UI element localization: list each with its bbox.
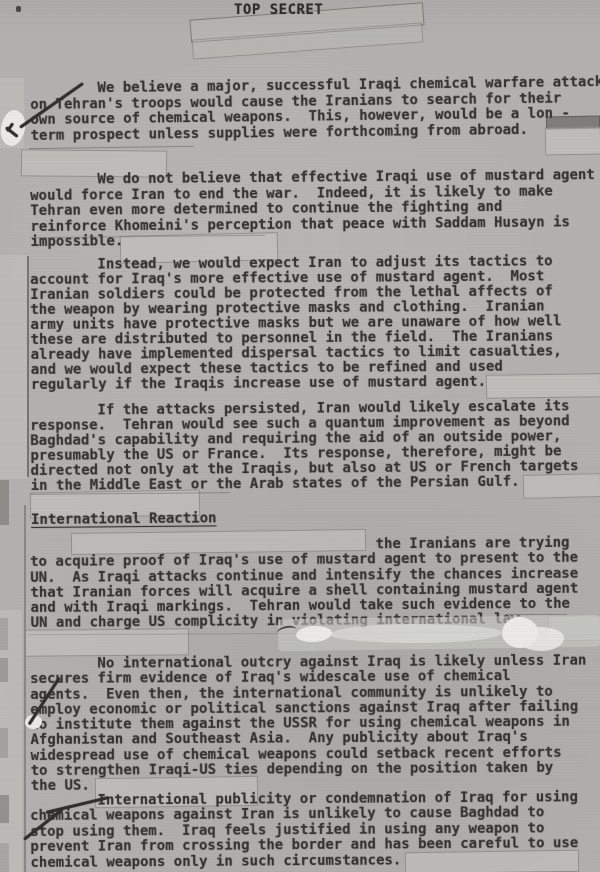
paragraph-international-outcry: No international outcry against Iraq is … [30,654,587,795]
page-fold-line [27,256,29,477]
scan-edge-block [0,658,8,682]
paragraph-escalation: If the attacks persisted, Iran would lik… [30,399,579,494]
scan-edge-block [0,728,8,758]
scan-edge-strip [0,255,27,479]
scan-streak [29,146,194,149]
paragraph-cw-attack-assessment: We believe a major, successful Iraqi che… [30,75,600,144]
page-fold-line [24,505,26,872]
classification-marking: TOP SECRET [234,3,323,17]
ink-speck [16,6,21,12]
paragraph-iran-tactics: Instead, we would expect Iran to adjust … [30,254,562,393]
redaction-box [25,628,189,656]
scan-edge-block [0,618,8,650]
scan-edge-block [0,843,9,872]
scan-edge-block [0,480,9,525]
scan-edge-block [0,795,9,823]
paragraph-mustard-agent-war-end: We do not believe that effective Iraqi u… [30,168,595,250]
document-scan-page: TOP SECRET We believe a major, successfu… [0,0,600,872]
section-heading: International Reaction [31,511,217,528]
paragraph-publicity-condemnation: International publicity or condemnation … [30,790,578,871]
whiteout-patch [519,627,564,651]
